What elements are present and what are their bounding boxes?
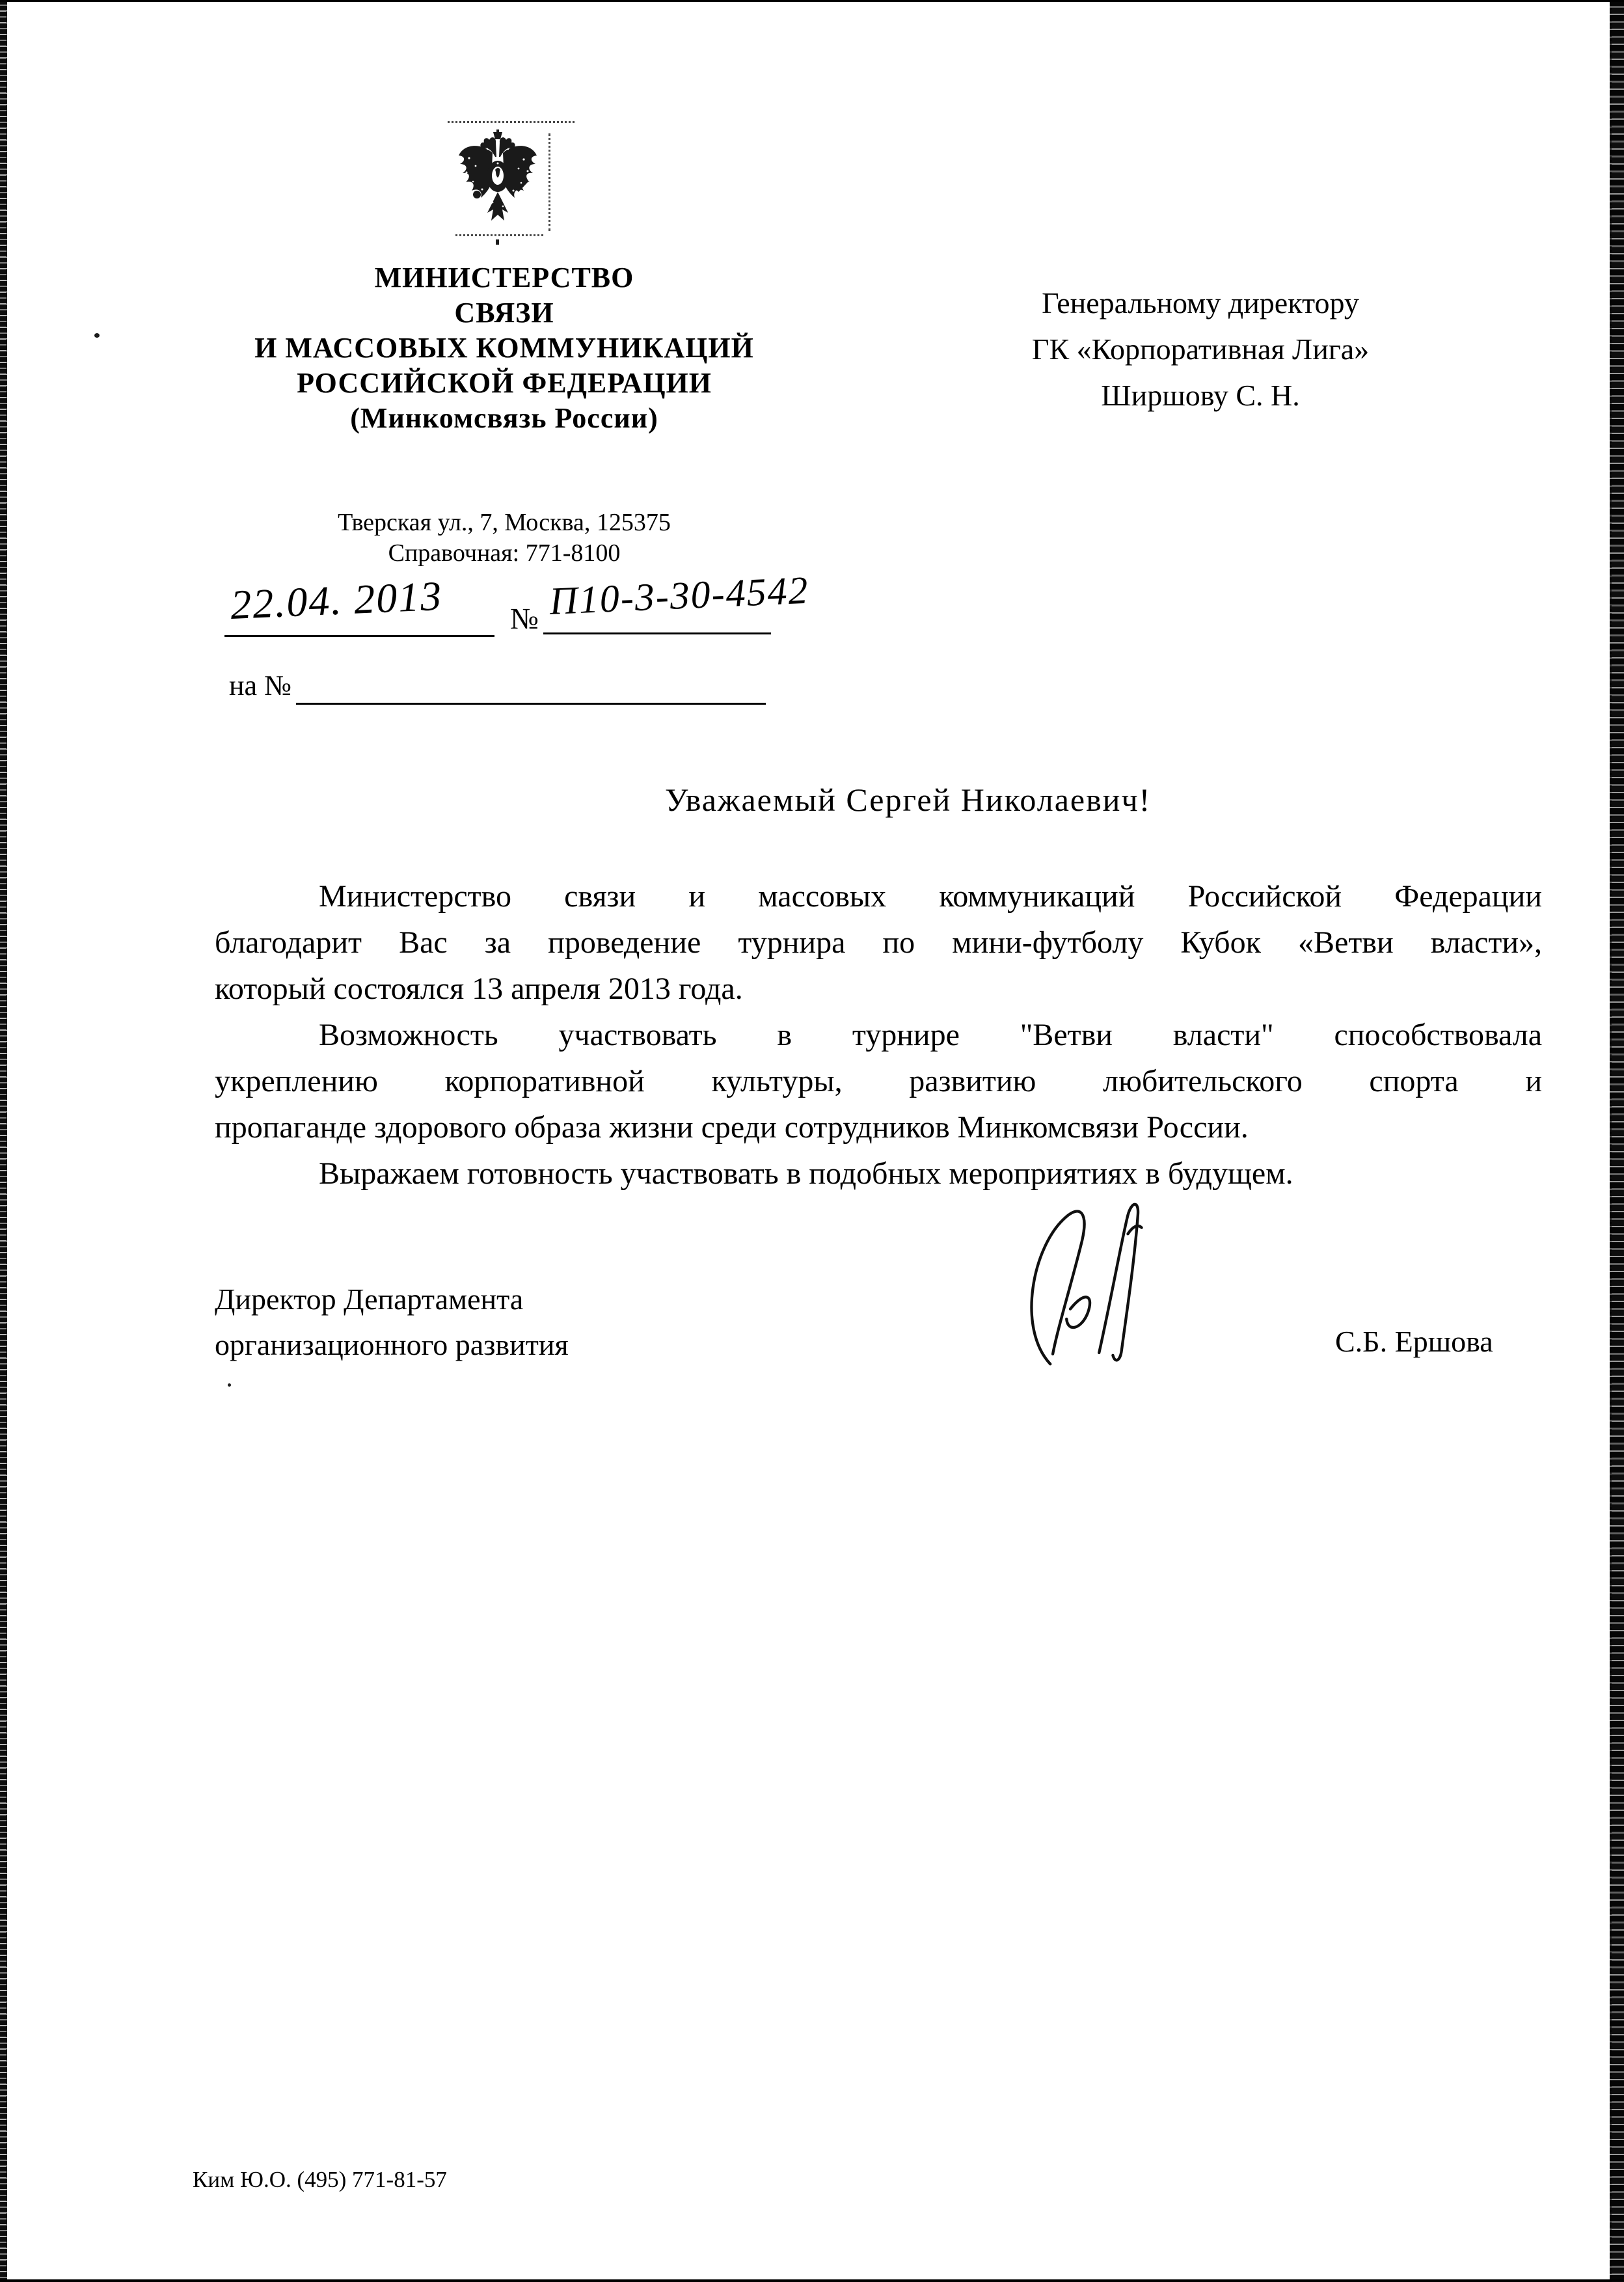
address-street: Тверская ул., 7, Москва, 125375 [202, 508, 807, 538]
letter-body: Министерство связи и массовых коммуникац… [215, 873, 1542, 1197]
body-line: Возможность участвовать в турнире "Ветви… [215, 1012, 1542, 1058]
ministry-letterhead: МИНИСТЕРСТВО СВЯЗИ И МАССОВЫХ КОММУНИКАЦ… [202, 260, 807, 436]
double-headed-eagle-icon [453, 129, 542, 228]
number-label: № [510, 601, 539, 636]
signer-name: С.Б. Ершова [1335, 1324, 1493, 1359]
reply-to-underline [296, 703, 766, 705]
ministry-line-5: (Минкомсвязь России) [202, 401, 807, 436]
emblem-frame-tick [496, 239, 499, 245]
scanned-letter-page: { "letterhead": { "emblem": "russian-fed… [0, 0, 1624, 2282]
ministry-line-2: СВЯЗИ [202, 295, 807, 331]
signature-scrawl-icon [1005, 1196, 1168, 1378]
salutation: Уважаемый Сергей Николаевич! [665, 781, 1151, 819]
scan-edge-right [1610, 0, 1624, 2282]
emblem-frame-right [548, 133, 550, 231]
coat-of-arms-emblem [453, 129, 542, 228]
body-line: Министерство связи и массовых коммуникац… [215, 873, 1542, 919]
body-line: который состоялся 13 апреля 2013 года. [215, 966, 1542, 1012]
recipient-line-3: Ширшову С. Н. [930, 372, 1470, 418]
recipient-line-1: Генеральному директору [930, 280, 1470, 326]
ministry-line-1: МИНИСТЕРСТВО [202, 260, 807, 295]
address-phone: Справочная: 771-8100 [202, 538, 807, 569]
ministry-address: Тверская ул., 7, Москва, 125375 Справочн… [202, 508, 807, 569]
ministry-line-3: И МАССОВЫХ КОММУНИКАЦИЙ [202, 331, 807, 366]
ministry-line-4: РОССИЙСКОЙ ФЕДЕРАЦИИ [202, 366, 807, 401]
scan-speck-dot-2 [228, 1383, 231, 1387]
scan-edge-bottom [0, 2279, 1624, 2282]
recipient-line-2: ГК «Корпоративная Лига» [930, 326, 1470, 372]
date-underline [224, 635, 494, 637]
body-line: благодарит Вас за проведение турнира по … [215, 919, 1542, 966]
handwritten-signature [1005, 1196, 1168, 1378]
reply-to-label: на № [229, 669, 291, 702]
executor-contact: Ким Ю.О. (495) 771-81-57 [193, 2167, 447, 2193]
scan-edge-top [0, 0, 1624, 2]
body-line: пропаганде здорового образа жизни среди … [215, 1104, 1542, 1150]
recipient-block: Генеральному директору ГК «Корпоративная… [930, 280, 1470, 418]
scan-edge-left [0, 0, 7, 2282]
handwritten-date: 22.04. 2013 [230, 572, 444, 629]
emblem-frame-bottom [455, 234, 543, 236]
emblem-frame-top [448, 121, 575, 123]
body-line: укреплению корпоративной культуры, разви… [215, 1058, 1542, 1104]
signer-title-line-2: организационного развития [215, 1322, 569, 1368]
signer-title: Директор Департамента организационного р… [215, 1277, 569, 1368]
number-underline [543, 632, 771, 634]
scan-speck-dot [94, 333, 100, 338]
signer-title-line-1: Директор Департамента [215, 1277, 569, 1322]
body-line: Выражаем готовность участвовать в подобн… [215, 1150, 1542, 1197]
handwritten-number: П10-3-30-4542 [548, 568, 810, 624]
